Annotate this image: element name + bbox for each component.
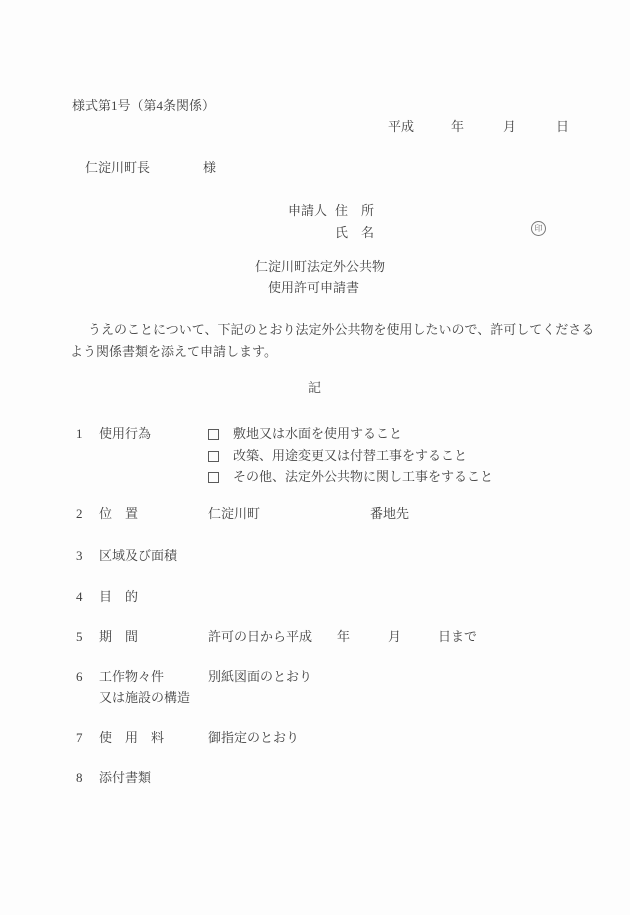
item-3-label: 区域及び面積: [99, 549, 177, 563]
item-2-number: 2: [76, 507, 83, 521]
item-6-label-line1: 工作物々件: [99, 670, 164, 684]
item-1-label: 使用行為: [99, 427, 151, 441]
applicant-address-label: 住 所: [335, 204, 374, 218]
item-4-label: 目 的: [99, 590, 138, 604]
item-4-number: 4: [76, 590, 83, 604]
body-text-line1: うえのことについて、下記のとおり法定外公共物を使用したいので、許可してくださる: [88, 323, 594, 337]
checkbox-label-rebuild-or-repurpose: 改築、用途変更又は付替工事をすること: [233, 449, 467, 463]
form-number: 様式第1号（第4条関係）: [72, 99, 215, 113]
item-2-location-suffix: 番地先: [370, 507, 409, 521]
record-marker: 記: [308, 381, 321, 395]
item-5-month-label: 月: [388, 630, 401, 644]
item-5-number: 5: [76, 630, 83, 644]
item-7-value: 御指定のとおり: [208, 731, 299, 745]
item-5-day-label: 日まで: [438, 630, 477, 644]
checkbox-other-construction[interactable]: [208, 472, 219, 483]
item-2-label: 位 置: [99, 507, 138, 521]
checkbox-rebuild-or-repurpose[interactable]: [208, 451, 219, 462]
item-3-number: 3: [76, 549, 83, 563]
addressee-honorific: 様: [203, 161, 216, 175]
applicant-name-label: 氏 名: [335, 226, 374, 240]
applicant-label: 申請人: [288, 204, 327, 218]
date-day-label: 日: [556, 120, 569, 134]
checkbox-label-other-construction: その他、法定外公共物に関し工事をすること: [233, 470, 493, 484]
item-6-value: 別紙図面のとおり: [208, 670, 312, 684]
item-8-label: 添付書類: [99, 771, 151, 785]
date-year-label: 年: [451, 120, 464, 134]
item-5-period-prefix: 許可の日から平成: [208, 630, 312, 644]
item-6-label-line2: 又は施設の構造: [99, 691, 190, 705]
item-5-label: 期 間: [99, 630, 138, 644]
date-month-label: 月: [503, 120, 516, 134]
item-8-number: 8: [76, 771, 83, 785]
document-title-line1: 仁淀川町法定外公共物: [255, 260, 385, 274]
checkbox-use-land-or-water[interactable]: [208, 429, 219, 440]
item-7-number: 7: [76, 731, 83, 745]
document-page: 様式第1号（第4条関係） 平成 年 月 日 仁淀川町長 様 申請人 住 所 氏 …: [0, 0, 630, 915]
body-text-line2: よう関係書類を添えて申請します。: [70, 345, 277, 359]
seal-icon: 印: [531, 221, 546, 236]
checkbox-label-use-land-or-water: 敷地又は水面を使用すること: [233, 427, 402, 441]
item-6-number: 6: [76, 670, 83, 684]
addressee-title: 仁淀川町長: [85, 161, 150, 175]
item-2-location-prefix: 仁淀川町: [208, 507, 260, 521]
document-title-line2: 使用許可申請書: [268, 281, 359, 295]
item-5-year-label: 年: [337, 630, 350, 644]
item-7-label: 使 用 料: [99, 731, 164, 745]
item-1-number: 1: [76, 427, 83, 441]
date-era-label: 平成: [388, 120, 414, 134]
